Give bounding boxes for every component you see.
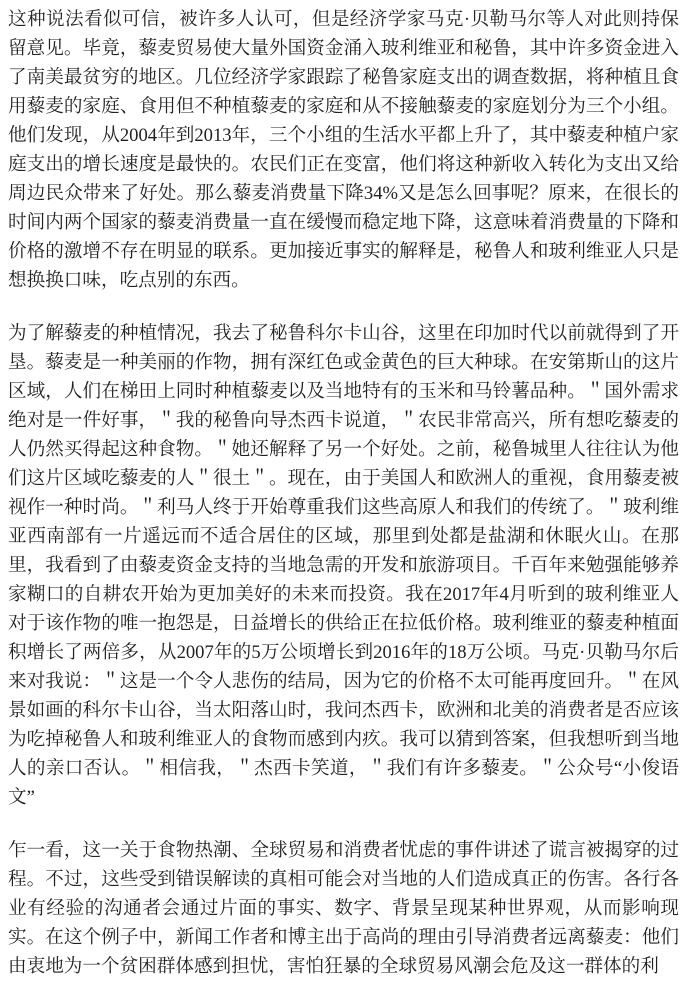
page: { "document": { "background_color": "#ff… — [0, 0, 687, 982]
document-page: 这种说法看似可信，被许多人认可，但是经济学家马克·贝勒马尔等人对此则持保留意见。… — [0, 0, 687, 982]
paragraph-quinoa-economists: 这种说法看似可信，被许多人认可，但是经济学家马克·贝勒马尔等人对此则持保留意见。… — [8, 5, 679, 295]
paragraph-colca-valley-visit: 为了解藜麦的种植情况，我去了秘鲁科尔卡山谷，这里在印加时代以前就得到了开垦。藜麦… — [8, 319, 679, 812]
paragraph-conclusion: 乍一看，这一关于食物热潮、全球贸易和消费者忧虑的事件讲述了谎言被揭穿的过程。不过… — [8, 836, 679, 981]
